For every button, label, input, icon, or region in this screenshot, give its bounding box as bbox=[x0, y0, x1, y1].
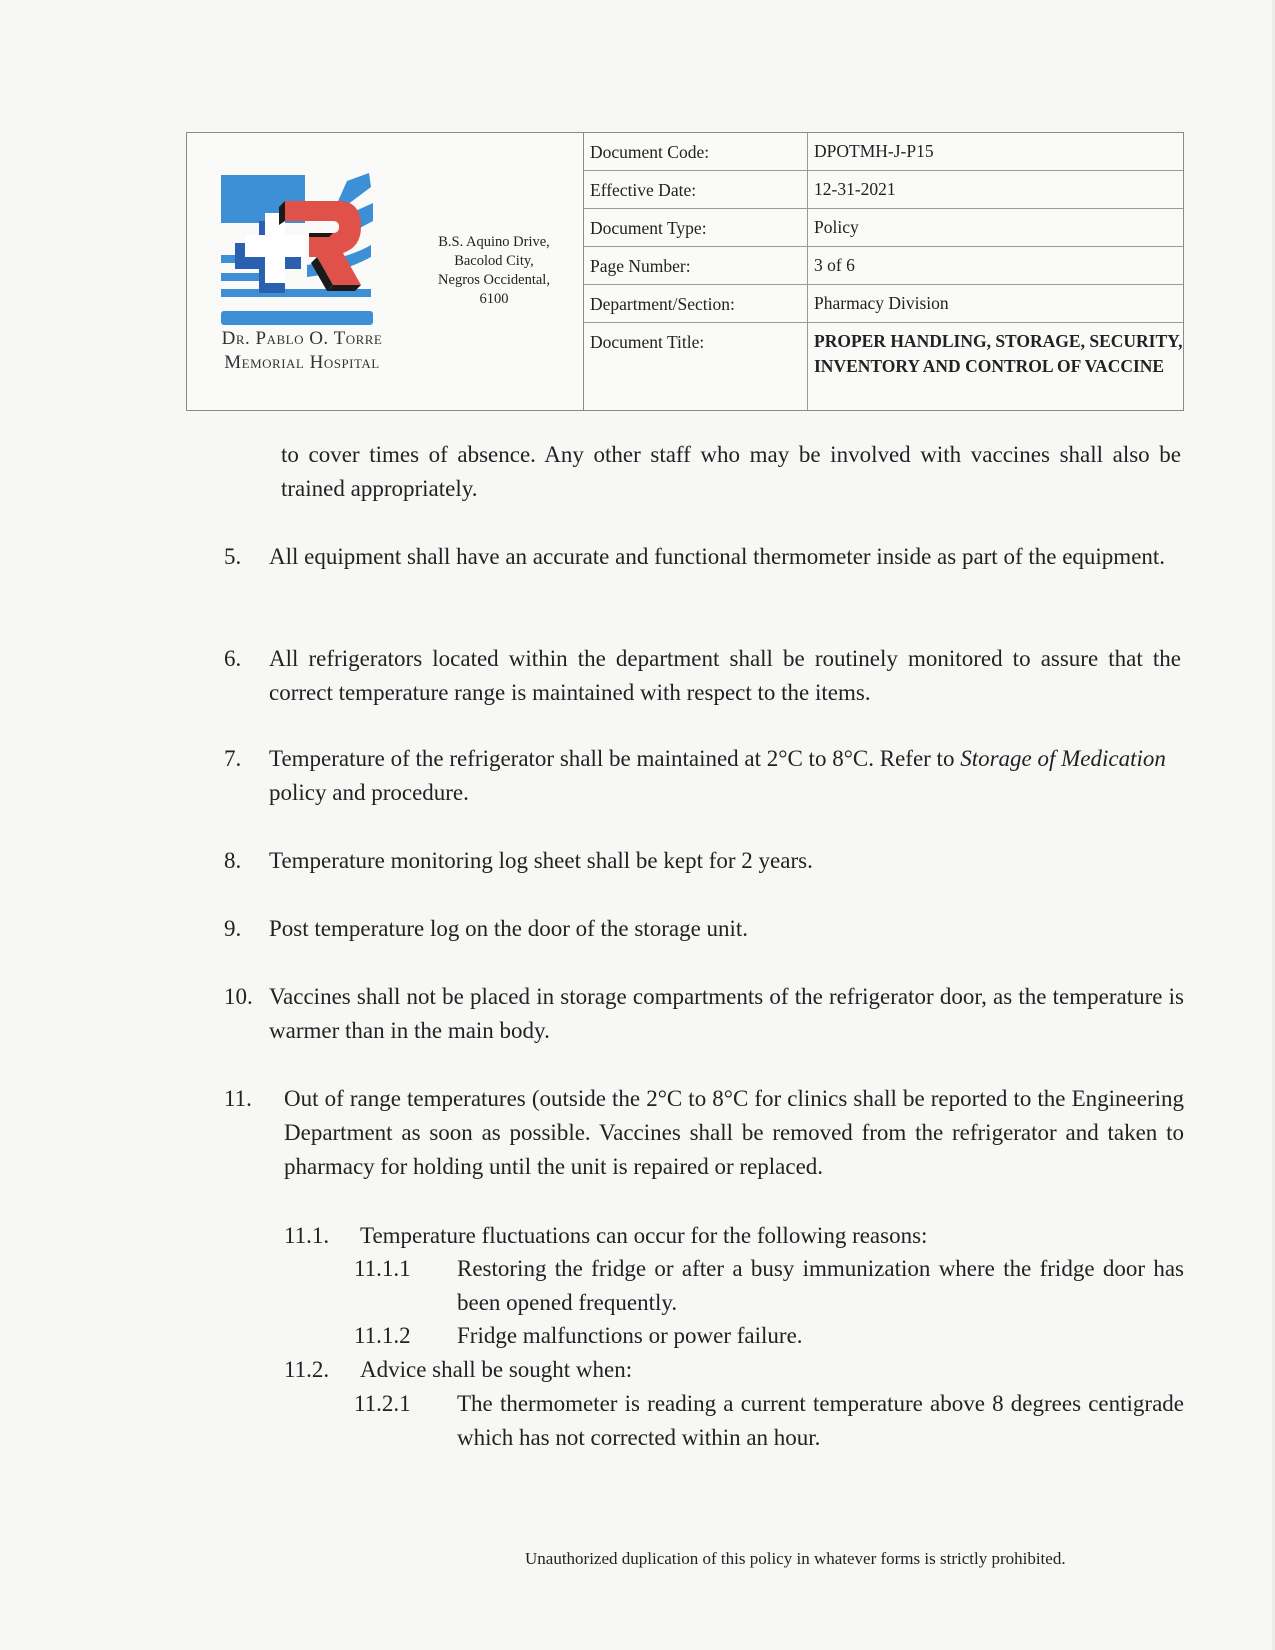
policy-item-8: Temperature monitoring log sheet shall b… bbox=[269, 844, 1181, 878]
sub-item-11-1-1: Restoring the fridge or after a busy imm… bbox=[457, 1252, 1184, 1320]
hospital-logo-icon bbox=[221, 173, 381, 325]
policy-item-9: Post temperature log on the door of the … bbox=[269, 912, 1181, 946]
hospital-address: B.S. Aquino Drive, Bacolod City, Negros … bbox=[419, 233, 569, 309]
meta-label: Department/Section: bbox=[584, 285, 808, 322]
logo-cell: Dr. Pablo O. Torre Memorial Hospital B.S… bbox=[187, 133, 584, 410]
sub-item-11-2-1: The thermometer is reading a current tem… bbox=[457, 1387, 1184, 1455]
item-number: 9. bbox=[224, 912, 241, 946]
document-title: PROPER HANDLING, STORAGE, SECURITY, INVE… bbox=[808, 323, 1183, 410]
sub-item-11-1: Temperature fluctuations can occur for t… bbox=[360, 1219, 1180, 1253]
policy-item-5: All equipment shall have an accurate and… bbox=[269, 540, 1181, 574]
meta-row-document-code: Document Code: DPOTMH-J-P15 bbox=[584, 133, 1183, 171]
item-number: 6. bbox=[224, 642, 241, 676]
sub-item-number: 11.1.2 bbox=[354, 1319, 411, 1353]
meta-label: Document Title: bbox=[584, 323, 808, 410]
meta-value: 3 of 6 bbox=[808, 247, 1183, 284]
policy-item-10: Vaccines shall not be placed in storage … bbox=[269, 980, 1184, 1048]
meta-row-effective-date: Effective Date: 12-31-2021 bbox=[584, 171, 1183, 209]
meta-row-document-title: Document Title: PROPER HANDLING, STORAGE… bbox=[584, 323, 1183, 410]
document-header-table: Dr. Pablo O. Torre Memorial Hospital B.S… bbox=[186, 132, 1184, 411]
sub-item-number: 11.2.1 bbox=[354, 1387, 411, 1421]
sub-item-number: 11.1. bbox=[284, 1219, 329, 1253]
hospital-name: Dr. Pablo O. Torre Memorial Hospital bbox=[187, 327, 417, 375]
item-number: 5. bbox=[224, 540, 241, 574]
meta-value: Policy bbox=[808, 209, 1183, 246]
document-metadata: Document Code: DPOTMH-J-P15 Effective Da… bbox=[584, 133, 1183, 410]
meta-value: 12-31-2021 bbox=[808, 171, 1183, 208]
meta-label: Document Code: bbox=[584, 133, 808, 170]
meta-row-document-type: Document Type: Policy bbox=[584, 209, 1183, 247]
item-number: 7. bbox=[224, 742, 241, 776]
policy-reference: Storage of Medication bbox=[960, 746, 1166, 771]
sub-item-number: 11.2. bbox=[284, 1353, 329, 1387]
meta-label: Effective Date: bbox=[584, 171, 808, 208]
footer-notice: Unauthorized duplication of this policy … bbox=[525, 1549, 1066, 1569]
sub-item-11-1-2: Fridge malfunctions or power failure. bbox=[457, 1319, 1184, 1353]
meta-label: Document Type: bbox=[584, 209, 808, 246]
policy-item-6: All refrigerators located within the dep… bbox=[269, 642, 1181, 710]
policy-item-7: Temperature of the refrigerator shall be… bbox=[269, 742, 1189, 810]
sub-item-11-2: Advice shall be sought when: bbox=[360, 1353, 1180, 1387]
continuation-paragraph: to cover times of absence. Any other sta… bbox=[281, 438, 1181, 506]
meta-label: Page Number: bbox=[584, 247, 808, 284]
meta-value: Pharmacy Division bbox=[808, 285, 1183, 322]
meta-value: DPOTMH-J-P15 bbox=[808, 133, 1183, 170]
sub-item-number: 11.1.1 bbox=[354, 1252, 411, 1286]
meta-row-department: Department/Section: Pharmacy Division bbox=[584, 285, 1183, 323]
meta-row-page-number: Page Number: 3 of 6 bbox=[584, 247, 1183, 285]
policy-item-11: Out of range temperatures (outside the 2… bbox=[284, 1082, 1184, 1184]
item-number: 10. bbox=[224, 980, 253, 1014]
item-number: 11. bbox=[224, 1082, 252, 1116]
item-number: 8. bbox=[224, 844, 241, 878]
